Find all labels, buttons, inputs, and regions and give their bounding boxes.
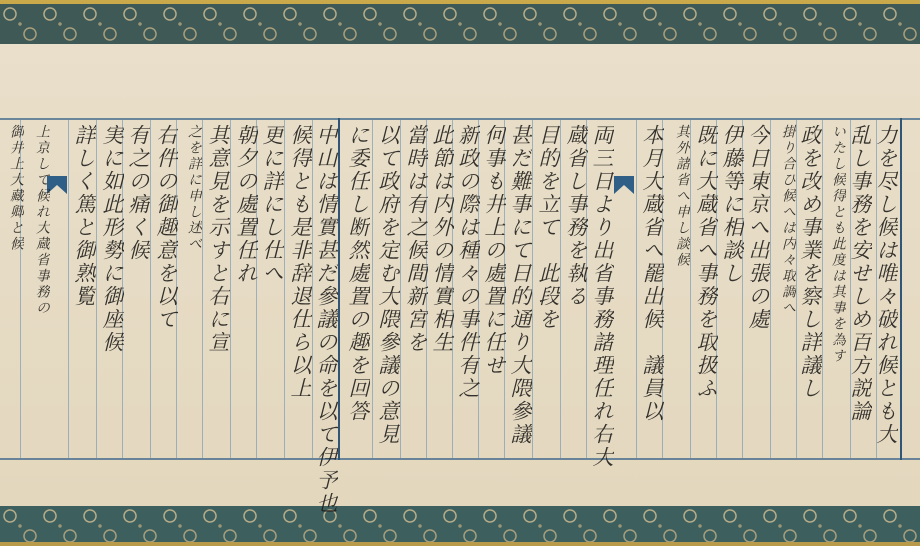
text-column: 政を改め事業を察し詳議し xyxy=(798,124,822,400)
column-rule xyxy=(96,120,97,458)
text-column: 朝夕の處置任れ xyxy=(234,124,258,285)
text-column: 更に詳にし仕へ xyxy=(260,124,284,285)
column-rule xyxy=(284,120,285,458)
text-column: 御井上大藏卿と候 xyxy=(4,124,28,252)
text-column: 掛り合ひ候へは内々取調へ xyxy=(776,124,800,316)
column-rule xyxy=(312,120,313,458)
ruling-top xyxy=(0,118,920,120)
sheet-divider xyxy=(338,118,340,460)
text-column: 何事も井上の處置に任せ xyxy=(482,124,506,377)
text-column: 此節は内外の情實相生 xyxy=(430,124,454,354)
column-rule xyxy=(68,120,69,458)
column-rule xyxy=(150,120,151,458)
column-rule xyxy=(560,120,561,458)
column-rule xyxy=(372,120,373,458)
text-column: 中山は情實甚だ參議の命を以て伊予也 xyxy=(314,124,338,515)
text-column: いたし候得とも此度は其事を為す xyxy=(826,124,850,364)
text-column: 乱し事務を安せしめ百方説論 xyxy=(848,124,872,423)
gold-edge-bottom xyxy=(0,542,920,546)
text-column: 蔵省し事務を執る xyxy=(564,124,588,308)
column-rule xyxy=(822,120,823,458)
text-column: 両三日より出省事務諸理任れ右大 xyxy=(590,124,614,469)
column-rule xyxy=(400,120,401,458)
brocade-border-bottom xyxy=(0,506,920,546)
text-column: に委任し断然處置の趣を回答 xyxy=(346,124,370,423)
text-column: 伊藤等に相談し xyxy=(720,124,744,285)
text-column: 上京して候れ大蔵省事務の xyxy=(30,124,54,316)
text-column: 之を詳に申し述べ xyxy=(182,124,206,252)
text-column: 其外諸省へ申し談候 xyxy=(670,124,694,268)
text-column: 今日東京へ出張の處 xyxy=(746,124,770,331)
column-rule xyxy=(532,120,533,458)
text-column: 右件の御趣意を以て xyxy=(154,124,178,331)
column-rule xyxy=(770,120,771,458)
brocade-border-top xyxy=(0,4,920,44)
column-rule xyxy=(636,120,637,458)
text-column: 有之の痛く候 xyxy=(126,124,150,262)
column-rule xyxy=(230,120,231,458)
text-column: 當時は有之候間新宮を xyxy=(404,124,428,354)
text-column: 甚だ難事にて日的通り大隈參議 xyxy=(508,124,532,446)
text-column: 既に大蔵省へ事務を取扱ふ xyxy=(694,124,718,400)
text-column: 実に如此形勢に御座候 xyxy=(100,124,124,354)
text-column: 力を尽し候は唯々破れ候とも大 xyxy=(874,124,898,446)
text-column: 新政の際は種々の事件有之 xyxy=(456,124,480,400)
sheet-divider xyxy=(900,118,902,460)
text-column: 本月大蔵省へ罷出候 議員以 xyxy=(640,124,664,423)
ruling-bottom xyxy=(0,458,920,460)
text-column: 其意見を示すと右に宣 xyxy=(206,124,230,354)
text-column: 目的を立て 此段を xyxy=(536,124,560,331)
text-column: 候得とも是非辞退仕ら以上 xyxy=(288,124,312,400)
text-column: 以て政府を定む大隈參議の意見 xyxy=(376,124,400,446)
text-column: 詳しく篤と御熟覧 xyxy=(72,124,96,308)
